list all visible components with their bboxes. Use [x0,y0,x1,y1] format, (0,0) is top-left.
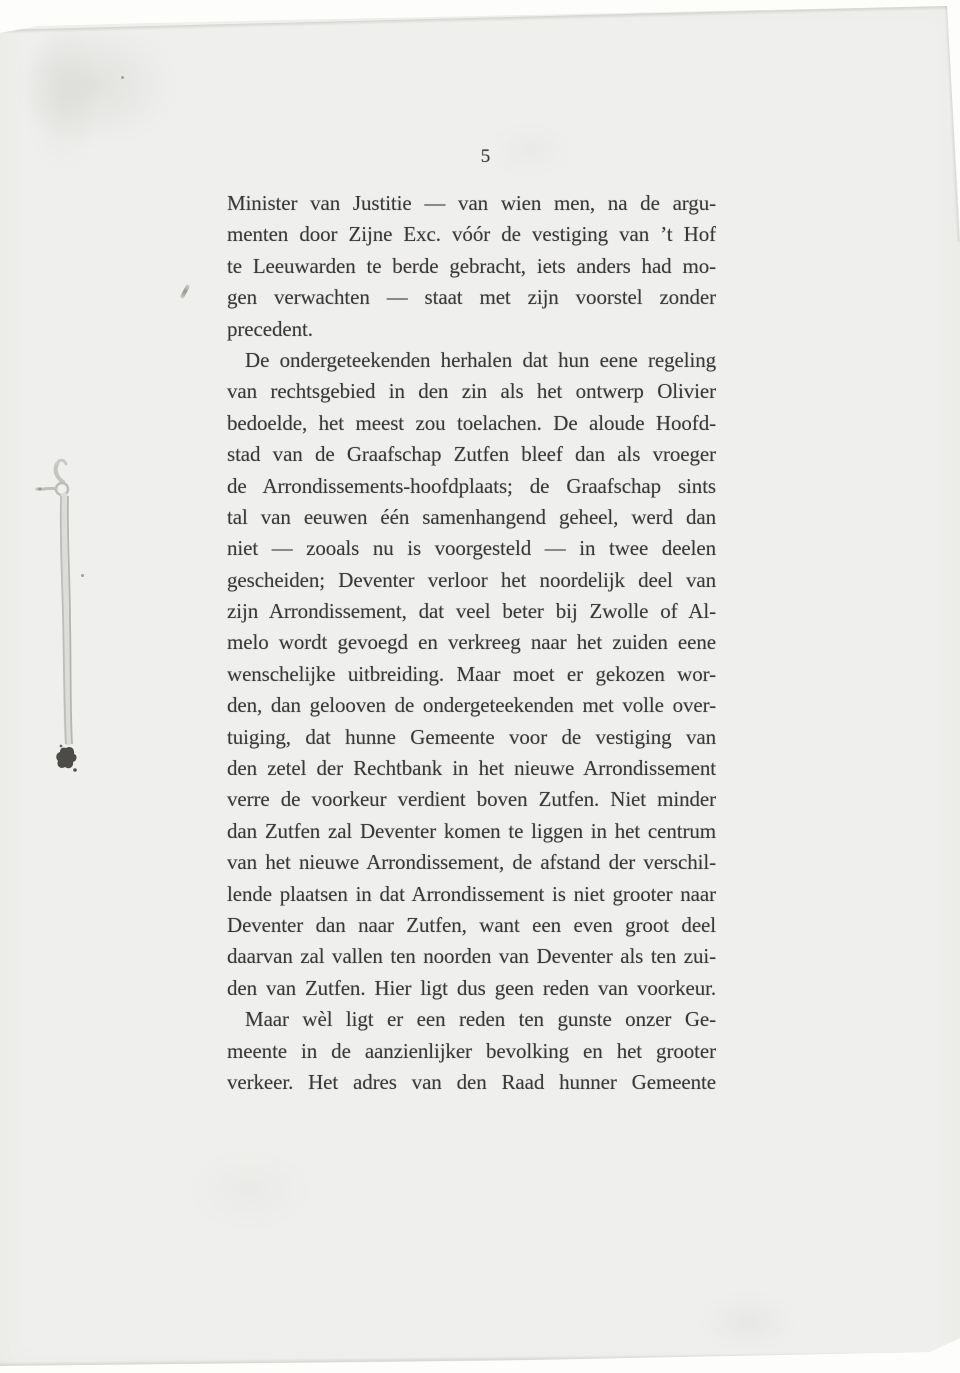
text-line: niet — zooals nu is voorgesteld — in twe… [227,533,716,564]
text-line: menten door Zijne Exc. vóór de vestiging… [227,219,716,250]
text-line: Minister van Justitie — van wien men, na… [227,188,716,219]
text-line: den zetel der Rechtbank in het nieuwe Ar… [227,753,716,784]
page-number: 5 [227,146,716,168]
text-line: tuiging, dat hunne Gemeente voor de vest… [227,722,716,753]
body-text-block: Minister van Justitie — van wien men, na… [227,188,716,1098]
binding-thread-artifact [0,0,120,800]
text-line: van het nieuwe Arrondissement, de afstan… [227,847,716,878]
text-line: gen verwachten — staat met zijn voorstel… [227,282,716,313]
text-line: meente in de aanzienlijker bevolking en … [227,1036,716,1067]
text-line: melo wordt gevoegd en verkreeg naar het … [227,627,716,658]
text-line: te Leeuwarden te berde gebracht, iets an… [227,251,716,282]
text-line: gescheiden; Deventer verloor het noordel… [227,565,716,596]
text-line: van rechtsgebied in den zin als het ontw… [227,376,716,407]
text-line: dan Zutfen zal Deventer komen te liggen … [227,816,716,847]
text-line: verkeer. Het adres van den Raad hunner G… [227,1067,716,1098]
page-bottom-edge-shadow [0,1351,960,1366]
text-line: De ondergeteekenden herhalen dat hun een… [227,345,716,376]
text-line: tal van eeuwen één samenhangend geheel, … [227,502,716,533]
text-line: bedoelde, het meest zou toelachen. De al… [227,408,716,439]
text-line: Deventer dan naar Zutfen, want een even … [227,910,716,941]
text-line: den, dan gelooven de ondergeteekenden me… [227,690,716,721]
text-line: verre de voorkeur verdient boven Zutfen.… [227,784,716,815]
paper-speck [121,76,124,79]
text-line: precedent. [227,314,716,345]
text-line: zijn Arrondissement, dat veel beter bij … [227,596,716,627]
text-line: den van Zutfen. Hier ligt dus geen reden… [227,973,716,1004]
document-page: 5 Minister van Justitie — van wien men, … [0,0,960,1373]
text-line: Maar wèl ligt er een reden ten gunste on… [227,1004,716,1035]
page-right-edge-shadow [944,2,960,242]
text-line: daarvan zal vallen ten noorden van Deven… [227,941,716,972]
pen-mark-artifact [180,284,191,299]
scanner-background: 5 Minister van Justitie — van wien men, … [0,0,960,1373]
text-line: wenschelijke uitbreiding. Maar moet er g… [227,659,716,690]
text-line: lende plaatsen in dat Arrondissement is … [227,879,716,910]
text-line: stad van de Graafschap Zutfen bleef dan … [227,439,716,470]
text-line: de Arrondissements-hoofdplaats; de Graaf… [227,471,716,502]
paper-speck [81,574,84,577]
page-top-edge-shadow [0,5,960,34]
